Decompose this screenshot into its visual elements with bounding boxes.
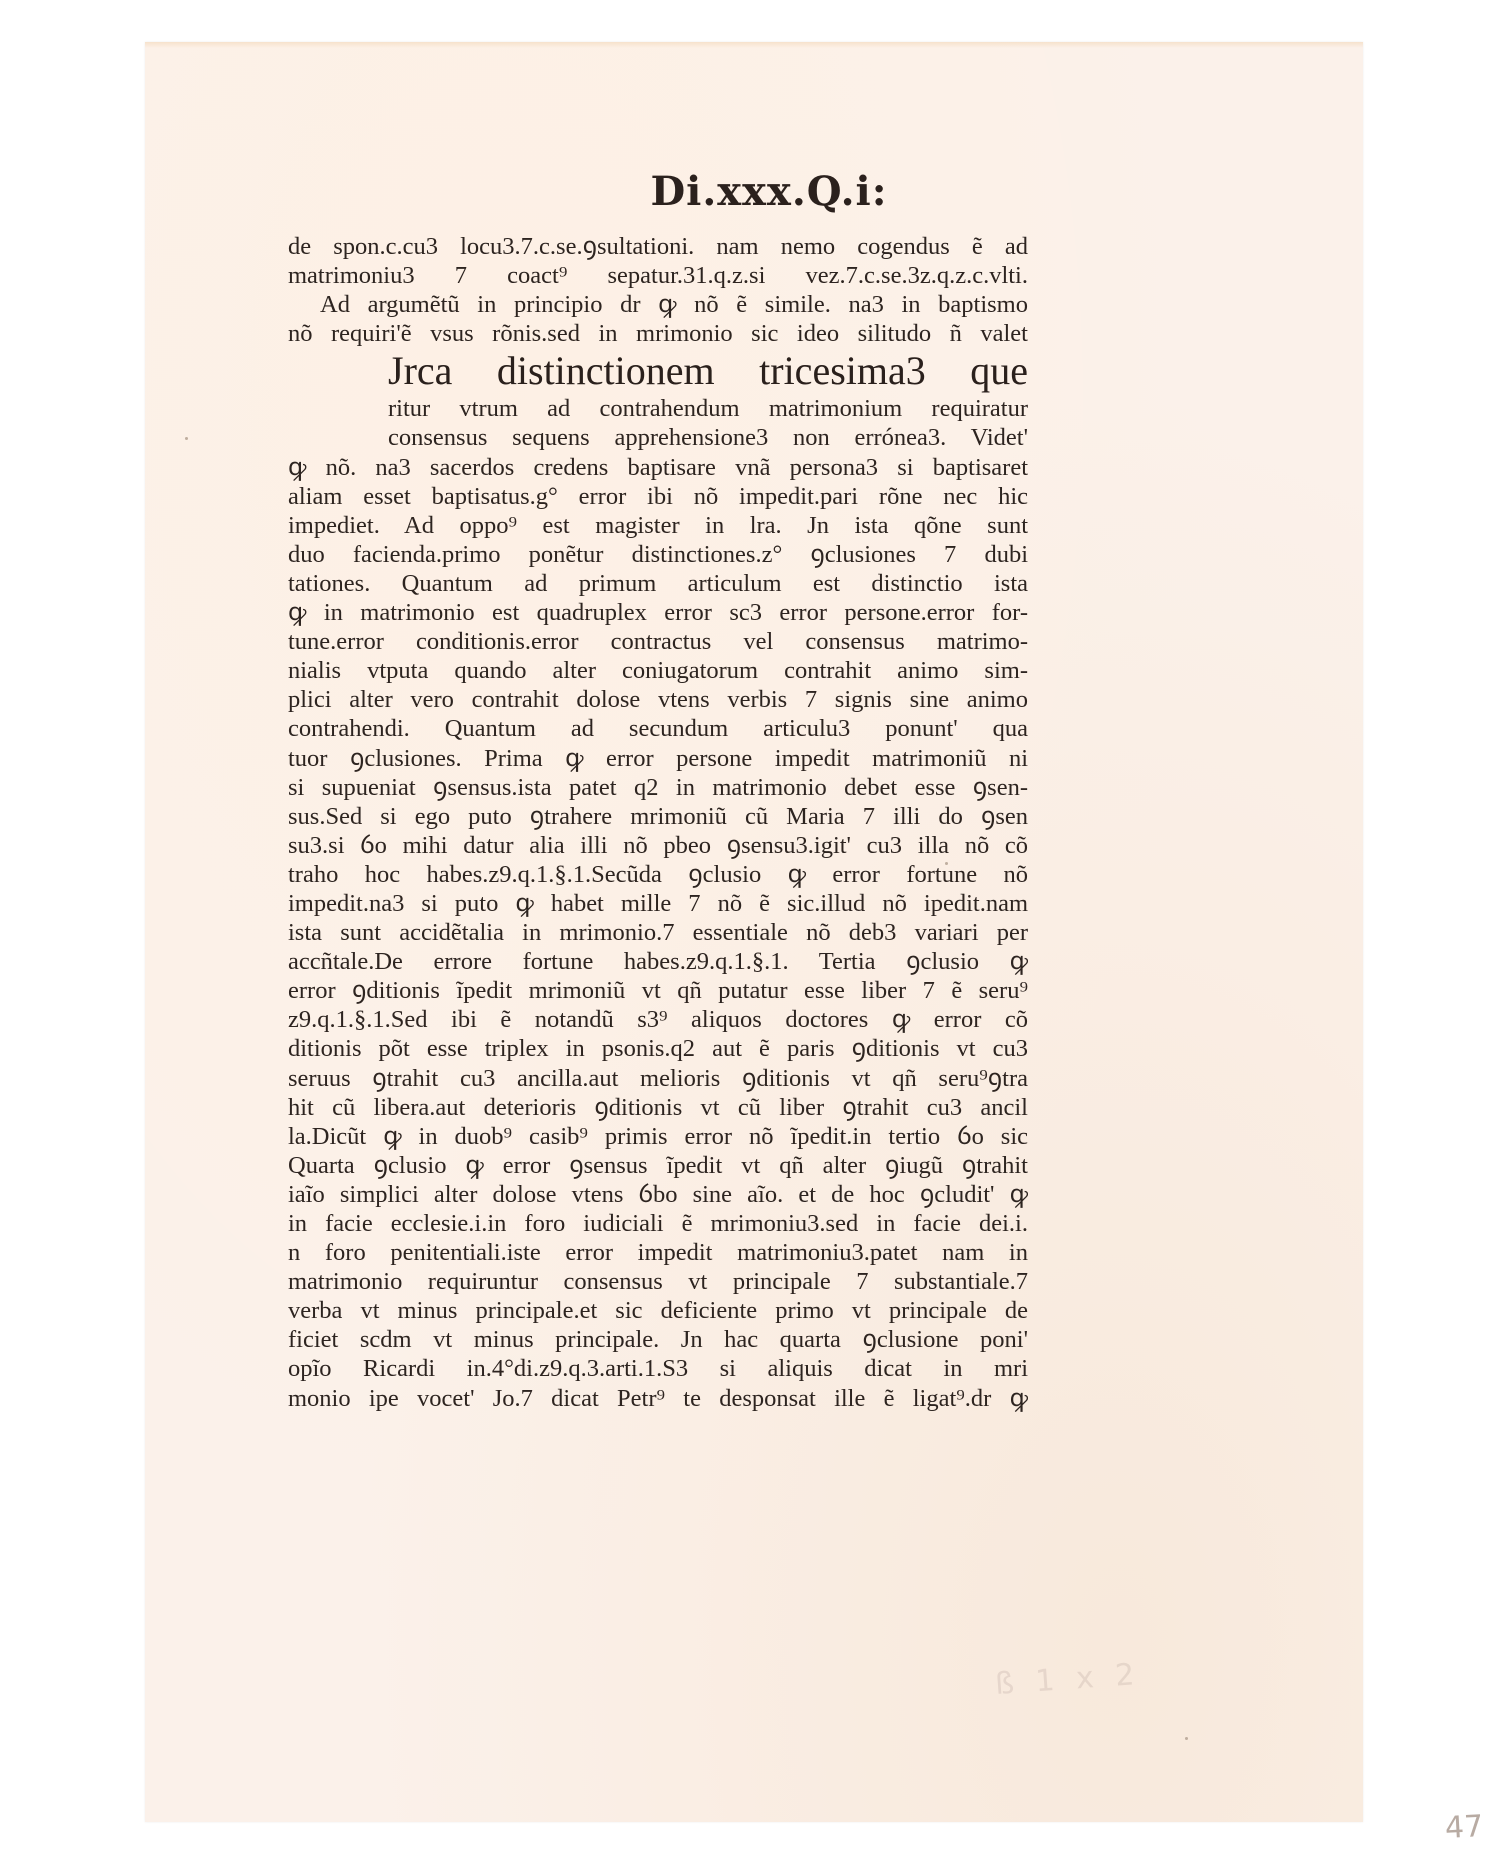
text-line: Ad argumẽtũ in principio dr ꝙ nõ ẽ simil…: [288, 290, 1028, 319]
folio-number: 47: [1444, 1809, 1484, 1846]
text-line: matrimoniu3 7 coact⁹ sepatur.31.q.z.si v…: [288, 261, 1028, 290]
text-line: consensus sequens apprehensione3 non err…: [288, 423, 1028, 452]
text-line: ficiet scdm vt minus principale. Jn hac …: [288, 1325, 1028, 1354]
text-line: Quarta ꝯclusio ꝙ error ꝯsensus ĩpedit vt…: [288, 1151, 1028, 1180]
section-heading: Jrca distinctionem tricesima3 que: [288, 348, 1028, 394]
paper-leaf: Di.xxx.Q.i: de spon.c.cu3 locu3.7.c.se.ꝯ…: [145, 42, 1363, 1822]
text-block: de spon.c.cu3 locu3.7.c.se.ꝯsultationi. …: [288, 232, 1028, 1413]
text-line: matrimonio requiruntur consensus vt prin…: [288, 1267, 1028, 1296]
text-line: plici alter vero contrahit dolose vtens …: [288, 685, 1028, 714]
text-line: monio ipe vocet' Jo.7 dicat Petr⁹ te des…: [288, 1384, 1028, 1413]
text-line: su3.si ỽo mihi datur alia illi nõ pbeo ꝯ…: [288, 831, 1028, 860]
text-line: ista sunt accidẽtalia in mrimonio.7 esse…: [288, 918, 1028, 947]
paper-speck: [945, 862, 948, 865]
text-line: ritur vtrum ad contrahendum matrimonium …: [288, 394, 1028, 423]
text-line: la.Dicũt ꝙ in duob⁹ casib⁹ primis error …: [288, 1122, 1028, 1151]
text-line: ꝙ in matrimonio est quadruplex error sc3…: [288, 598, 1028, 627]
text-line: ꝙ nõ. na3 sacerdos credens baptisare vnã…: [288, 453, 1028, 482]
text-line: seruus ꝯtrahit cu3 ancilla.aut melioris …: [288, 1064, 1028, 1093]
pencil-annotation: ß 1 x 2: [994, 1657, 1142, 1702]
text-line: z9.q.1.§.1.Sed ibi ẽ notandũ s3⁹ aliquos…: [288, 1005, 1028, 1034]
paper-speck: [1185, 1737, 1188, 1740]
text-line: accñtale.De errore fortune habes.z9.q.1.…: [288, 947, 1028, 976]
text-line: tuor ꝯclusiones. Prima ꝙ error persone i…: [288, 744, 1028, 773]
text-line: impediet. Ad oppo⁹ est magister in lra. …: [288, 511, 1028, 540]
text-line: duo facienda.primo ponẽtur distinctiones…: [288, 540, 1028, 569]
text-line: ditionis põt esse triplex in psonis.q2 a…: [288, 1034, 1028, 1063]
text-line: in facie ecclesie.i.in foro iudiciali ẽ …: [288, 1209, 1028, 1238]
text-line: traho hoc habes.z9.q.1.§.1.Secũda ꝯclusi…: [288, 860, 1028, 889]
text-line: impedit.na3 si puto ꝙ habet mille 7 nõ ẽ…: [288, 889, 1028, 918]
text-line: verba vt minus principale.et sic deficie…: [288, 1296, 1028, 1325]
text-line: aliam esset baptisatus.g° error ibi nõ i…: [288, 482, 1028, 511]
text-line: contrahendi. Quantum ad secundum articul…: [288, 714, 1028, 743]
text-line: nõ requiri'ẽ vsus rõnis.sed in mrimonio …: [288, 319, 1028, 348]
text-line: si supueniat ꝯsensus.ista patet q2 in ma…: [288, 773, 1028, 802]
text-line: hit cũ libera.aut deterioris ꝯditionis v…: [288, 1093, 1028, 1122]
text-line: sus.Sed si ego puto ꝯtrahere mrimoniũ cũ…: [288, 802, 1028, 831]
running-head: Di.xxx.Q.i:: [145, 168, 1363, 215]
paper-speck: [185, 437, 188, 440]
text-line: opĩo Ricardi in.4°di.z9.q.3.arti.1.S3 si…: [288, 1354, 1028, 1383]
text-line: tationes. Quantum ad primum articulum es…: [288, 569, 1028, 598]
text-line: de spon.c.cu3 locu3.7.c.se.ꝯsultationi. …: [288, 232, 1028, 261]
text-line: nialis vtputa quando alter coniugatorum …: [288, 656, 1028, 685]
text-line: tune.error conditionis.error contractus …: [288, 627, 1028, 656]
text-line: iaĩo simplici alter dolose vtens ỽbo sin…: [288, 1180, 1028, 1209]
text-line: n foro penitentiali.iste error impedit m…: [288, 1238, 1028, 1267]
text-line: error ꝯditionis ĩpedit mrimoniũ vt qñ pu…: [288, 976, 1028, 1005]
